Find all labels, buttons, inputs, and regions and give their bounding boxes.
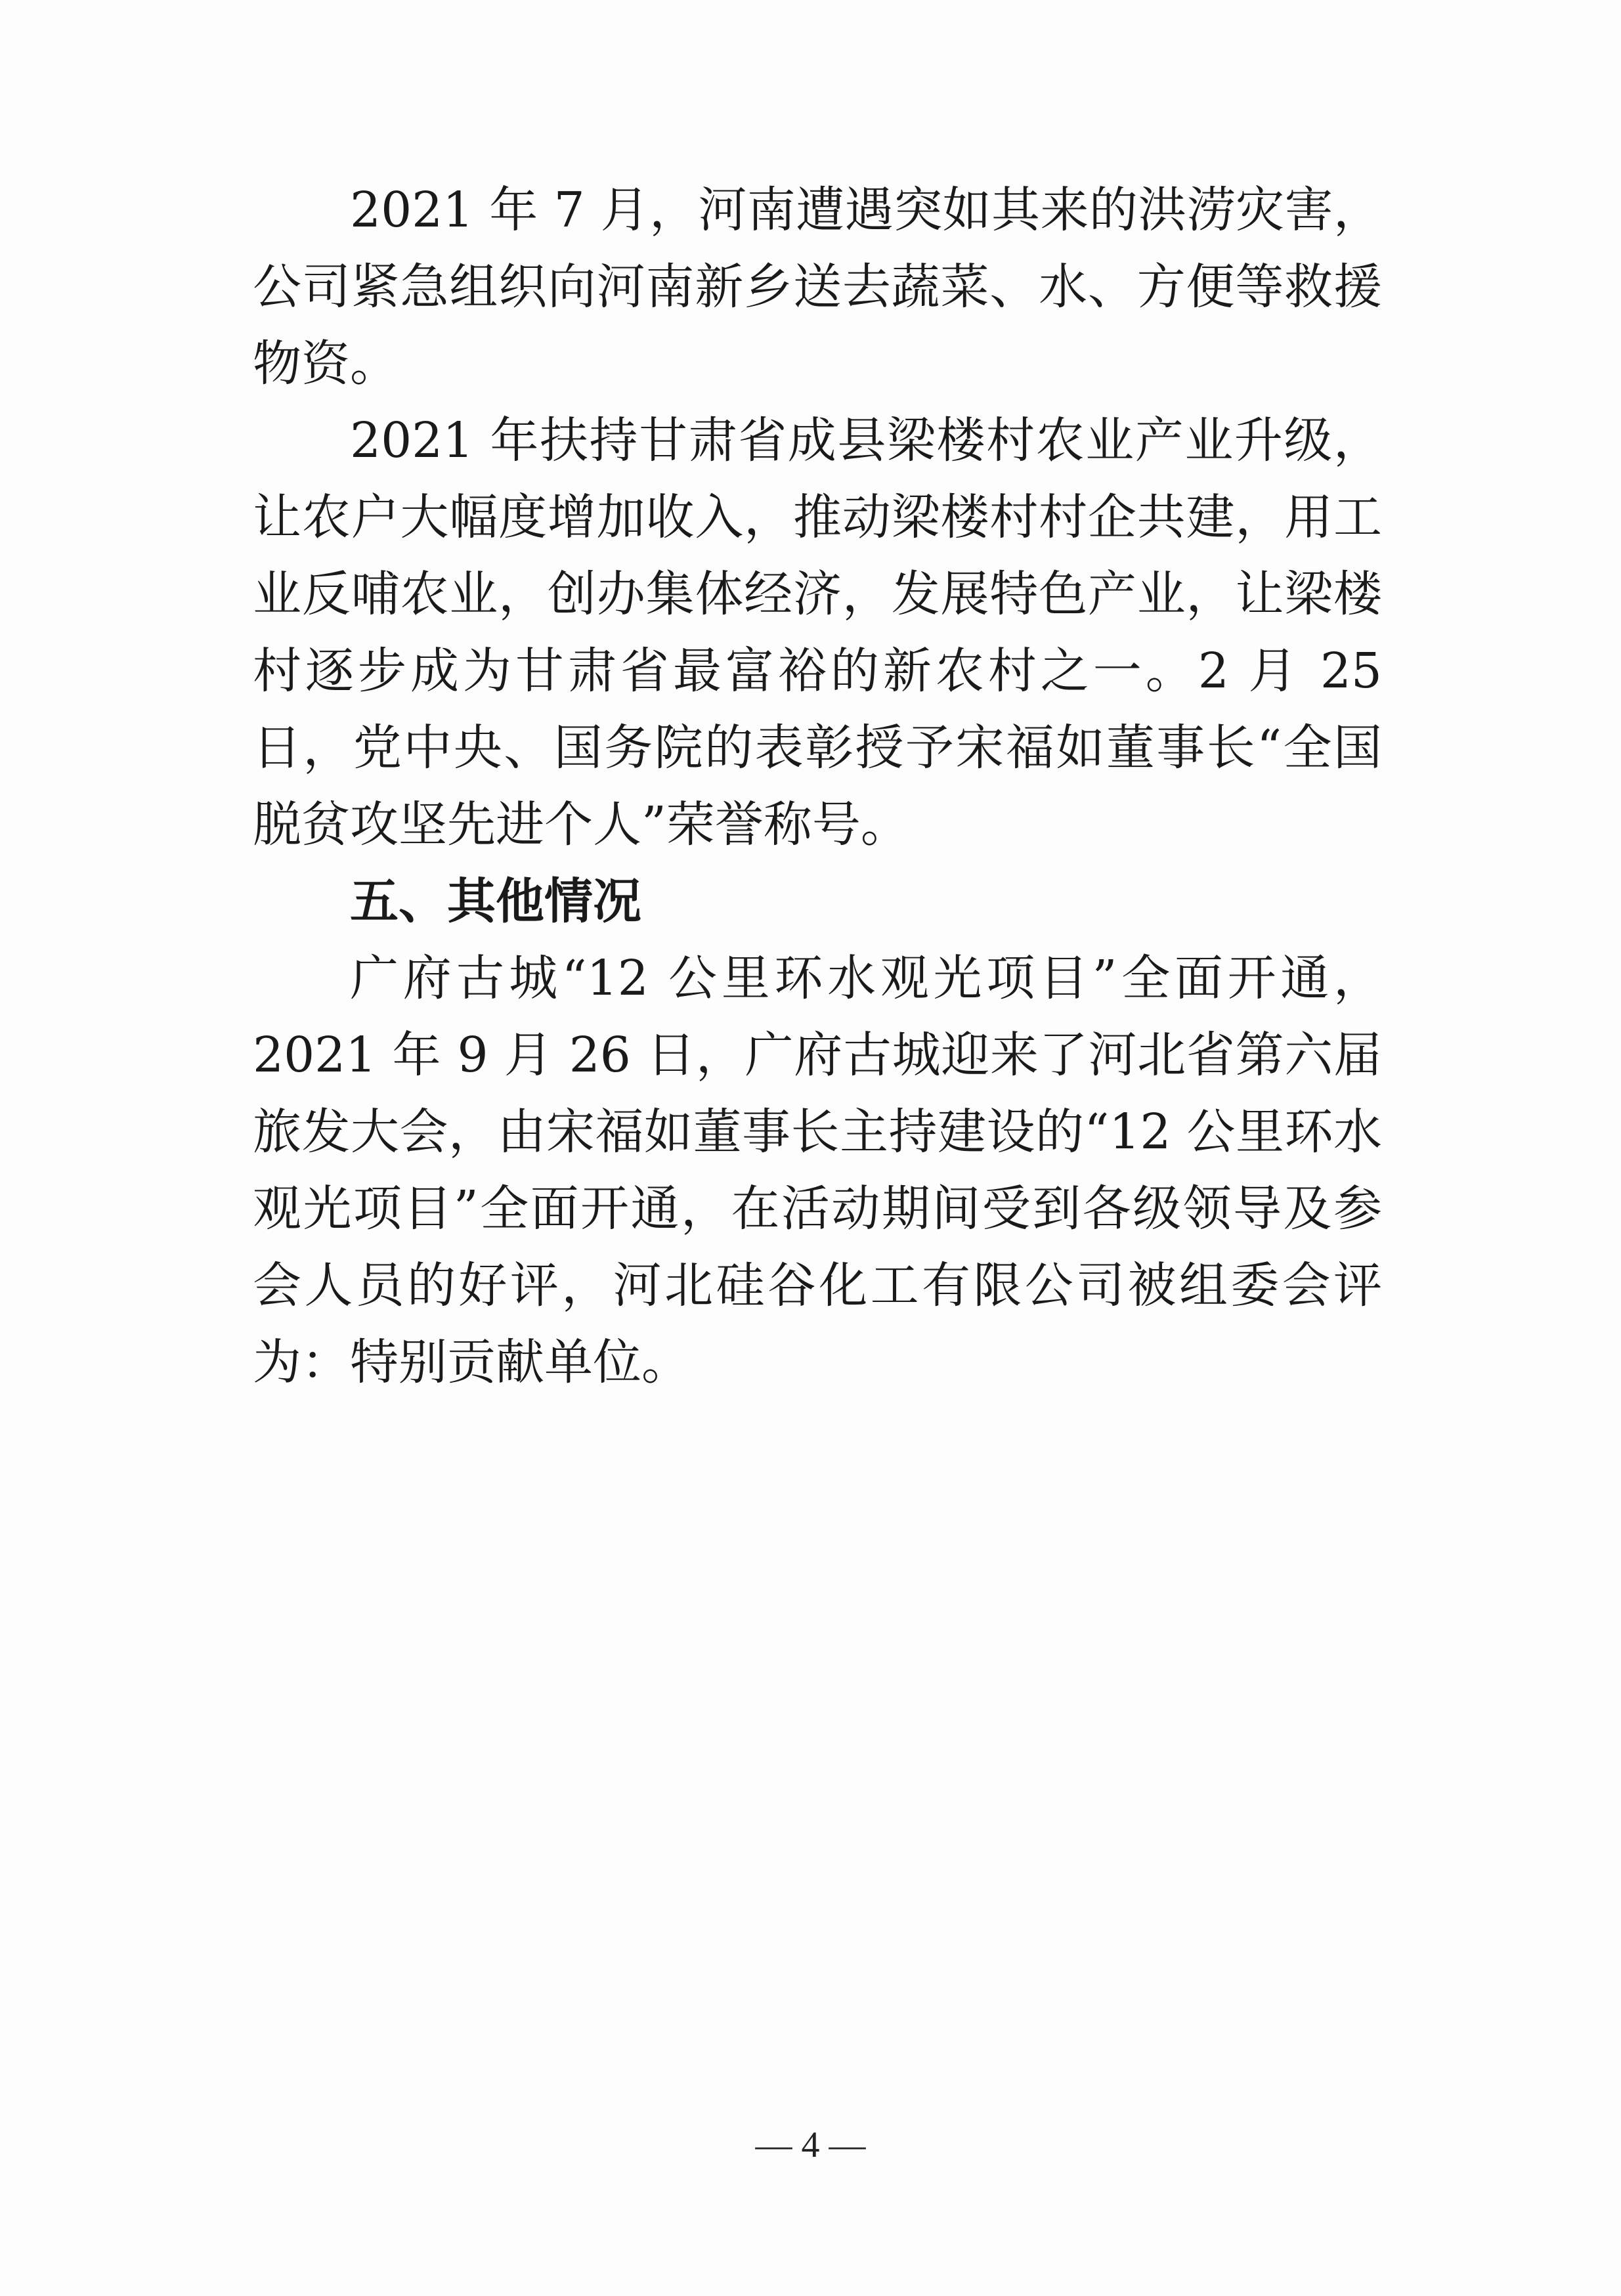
paragraph-henan-flood-relief: 2021 年 7 月，河南遭遇突如其来的洪涝灾害，公司紧急组织向河南新乡送去蔬菜… — [253, 172, 1382, 402]
page-number: — 4 — — [0, 2124, 1621, 2166]
body-text: 2021 年 7 月，河南遭遇突如其来的洪涝灾害，公司紧急组织向河南新乡送去蔬菜… — [253, 172, 1382, 1401]
document-page: 2021 年 7 月，河南遭遇突如其来的洪涝灾害，公司紧急组织向河南新乡送去蔬菜… — [0, 0, 1621, 2296]
paragraph-guangfu-ancient-city: 广府古城“12 公里环水观光项目”全面开通，2021 年 9 月 26 日，广府… — [253, 940, 1382, 1401]
section-heading-other: 五、其他情况 — [253, 863, 1382, 940]
paragraph-lianglou-village-support: 2021 年扶持甘肃省成县梁楼村农业产业升级，让农户大幅度增加收入，推动梁楼村村… — [253, 402, 1382, 863]
